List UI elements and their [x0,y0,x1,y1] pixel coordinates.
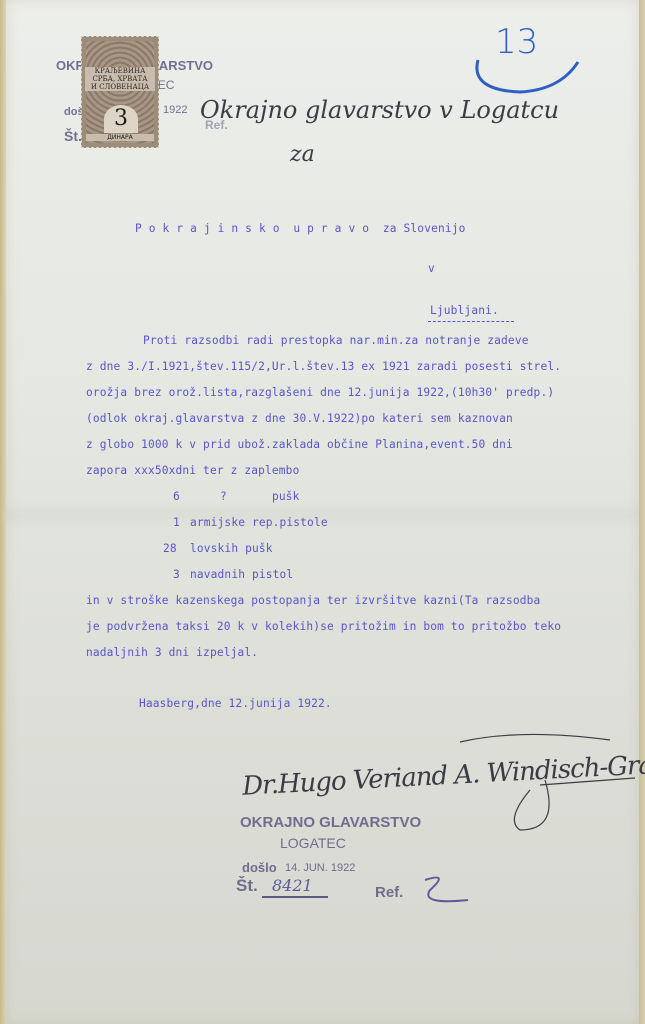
item-2-qty: 1 [173,516,180,529]
closing-line-1: in v stroške kazenskega postopanja ter i… [86,594,540,607]
item-2-name: armijske rep.pistole [190,516,328,529]
bottom-stamp-received-date: 14. JUN. 1922 [285,862,355,874]
item-1-extra: ? [220,490,227,503]
addressee-underline [428,321,514,322]
bottom-stamp-town: LOGATEC [280,835,346,851]
closing-line-2: je podvržena taksi 20 k v kolekih)se pri… [86,620,561,633]
item-4-name: navadnih pistol [190,568,293,581]
body-line-6: zapora xxx50xdni ter z zaplembo [86,464,299,477]
addressee-line-2: v [428,262,435,275]
closing-line-3: nadaljnih 3 dni izpeljal. [86,646,258,659]
item-3-qty: 28 [163,542,177,555]
body-line-3: orožja brez orož.lista,razglašeni dne 12… [86,386,554,399]
addressee-line-3: Ljubljani. [430,304,499,317]
sender-handwritten: Okrajno glavarstvo v Logatcu [200,96,559,124]
via-handwritten: za [290,142,315,167]
bottom-stamp-number-label: Št. [236,876,258,896]
item-4-qty: 3 [173,568,180,581]
bottom-stamp-ref-label: Ref. [375,884,403,901]
body-line-1: Proti razsodbi radi prestopka nar.min.za… [143,334,529,347]
body-line-5: z globo 1000 k v prid ubož.zaklada občin… [86,438,513,451]
bottom-stamp-number-value: 8421 [272,876,313,895]
signature-flourish-icon [460,734,610,742]
folio-circle-icon [477,60,578,92]
bottom-stamp-office: OKRAJNO GLAVARSTVO [240,814,421,831]
bottom-stamp-received-label: došlo [242,860,277,875]
body-line-2: z dne 3./I.1921,štev.115/2,Ur.l.štev.13 … [86,360,561,373]
addressee-line-1: P o k r a j i n s k o u p r a v o za Slo… [135,222,466,235]
item-1-qty: 6 [173,490,180,503]
place-date: Haasberg,dne 12.junija 1922. [139,697,332,710]
ref-squiggle-icon [425,878,468,902]
item-1-name: pušk [272,490,300,503]
body-line-4: (odlok okraj.glavarstva z dne 30.V.1922)… [86,412,513,425]
item-3-name: lovskih pušk [190,542,273,555]
